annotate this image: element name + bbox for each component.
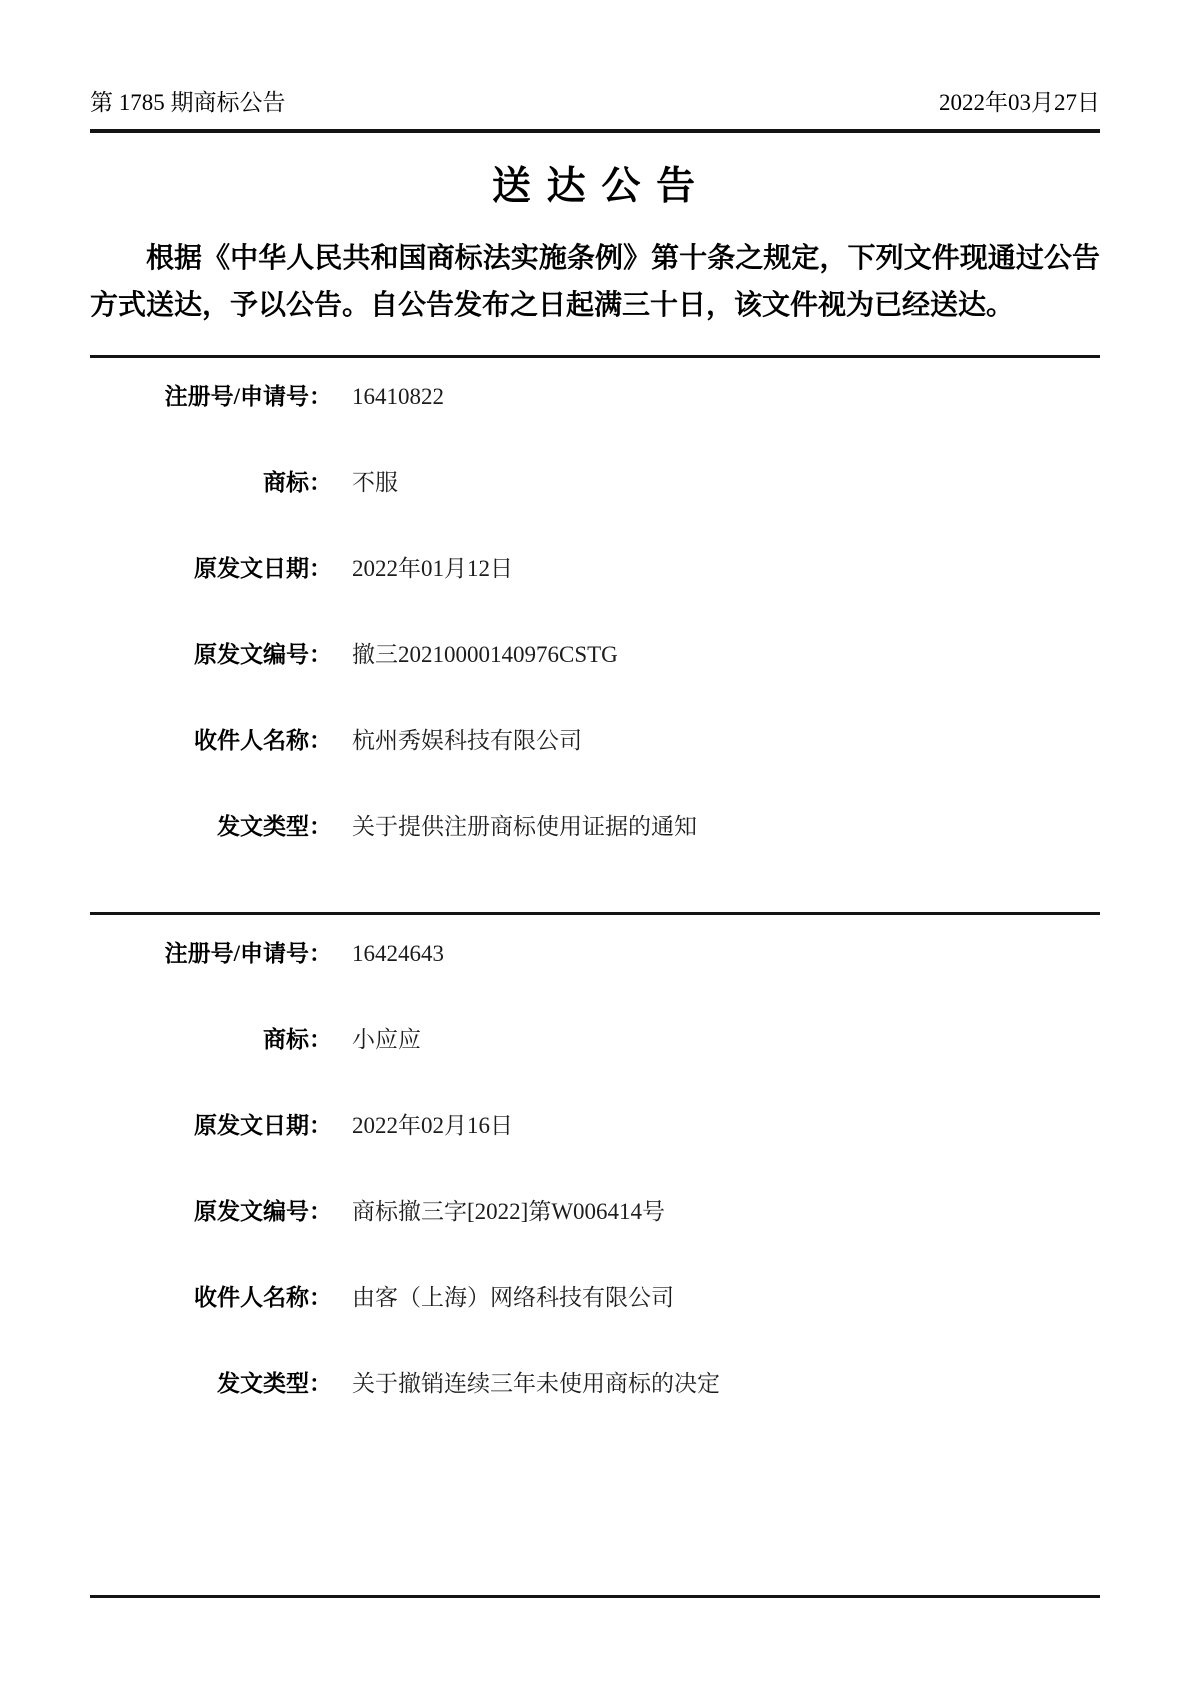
field-label: 收件人名称： xyxy=(90,722,332,755)
field-label: 注册号/申请号： xyxy=(90,378,332,411)
field-row-trademark: 商标： 不服 xyxy=(90,464,1100,494)
field-label: 原发文日期： xyxy=(90,550,332,583)
field-row-original-document-number: 原发文编号： 商标撤三字[2022]第W006414号 xyxy=(90,1193,1100,1223)
field-row-recipient-name: 收件人名称： 杭州秀娱科技有限公司 xyxy=(90,722,1100,752)
field-label: 原发文日期： xyxy=(90,1107,332,1140)
header-issue-number: 第 1785 期商标公告 xyxy=(90,84,286,117)
field-value: 关于提供注册商标使用证据的通知 xyxy=(352,808,697,841)
record-2: 注册号/申请号： 16424643 商标： 小应应 原发文日期： 2022年02… xyxy=(90,915,1100,1395)
field-label: 商标： xyxy=(90,1021,332,1054)
field-row-trademark: 商标： 小应应 xyxy=(90,1021,1100,1051)
field-value: 小应应 xyxy=(352,1021,421,1054)
field-value: 2022年02月16日 xyxy=(352,1107,513,1140)
field-label: 原发文编号： xyxy=(90,1193,332,1226)
document-page: 第 1785 期商标公告 2022年03月27日 送 达 公 告 根据《中华人民… xyxy=(0,0,1190,1684)
page-header: 第 1785 期商标公告 2022年03月27日 xyxy=(90,84,1100,133)
field-value: 16424643 xyxy=(352,941,444,967)
field-row-registration-number: 注册号/申请号： 16410822 xyxy=(90,378,1100,408)
field-row-registration-number: 注册号/申请号： 16424643 xyxy=(90,935,1100,965)
field-label: 发文类型： xyxy=(90,1365,332,1398)
field-row-original-document-number: 原发文编号： 撤三20210000140976CSTG xyxy=(90,636,1100,666)
field-value: 关于撤销连续三年未使用商标的决定 xyxy=(352,1365,720,1398)
field-row-original-issue-date: 原发文日期： 2022年01月12日 xyxy=(90,550,1100,580)
field-value: 由客（上海）网络科技有限公司 xyxy=(352,1279,674,1312)
field-value: 不服 xyxy=(352,464,398,497)
field-label: 原发文编号： xyxy=(90,636,332,669)
intro-paragraph: 根据《中华人民共和国商标法实施条例》第十条之规定，下列文件现通过公告方式送达，予… xyxy=(90,235,1100,329)
field-row-original-issue-date: 原发文日期： 2022年02月16日 xyxy=(90,1107,1100,1137)
field-label: 发文类型： xyxy=(90,808,332,841)
page-title: 送 达 公 告 xyxy=(90,155,1100,211)
field-value: 撤三20210000140976CSTG xyxy=(352,636,618,669)
header-date: 2022年03月27日 xyxy=(939,84,1100,117)
field-label: 商标： xyxy=(90,464,332,497)
field-value: 杭州秀娱科技有限公司 xyxy=(352,722,582,755)
field-value: 商标撤三字[2022]第W006414号 xyxy=(352,1193,665,1226)
field-value: 16410822 xyxy=(352,384,444,410)
divider-bottom xyxy=(90,1595,1100,1598)
field-row-document-type: 发文类型： 关于提供注册商标使用证据的通知 xyxy=(90,808,1100,838)
field-label: 收件人名称： xyxy=(90,1279,332,1312)
field-label: 注册号/申请号： xyxy=(90,935,332,968)
field-value: 2022年01月12日 xyxy=(352,550,513,583)
field-row-recipient-name: 收件人名称： 由客（上海）网络科技有限公司 xyxy=(90,1279,1100,1309)
field-row-document-type: 发文类型： 关于撤销连续三年未使用商标的决定 xyxy=(90,1365,1100,1395)
record-1: 注册号/申请号： 16410822 商标： 不服 原发文日期： 2022年01月… xyxy=(90,358,1100,838)
